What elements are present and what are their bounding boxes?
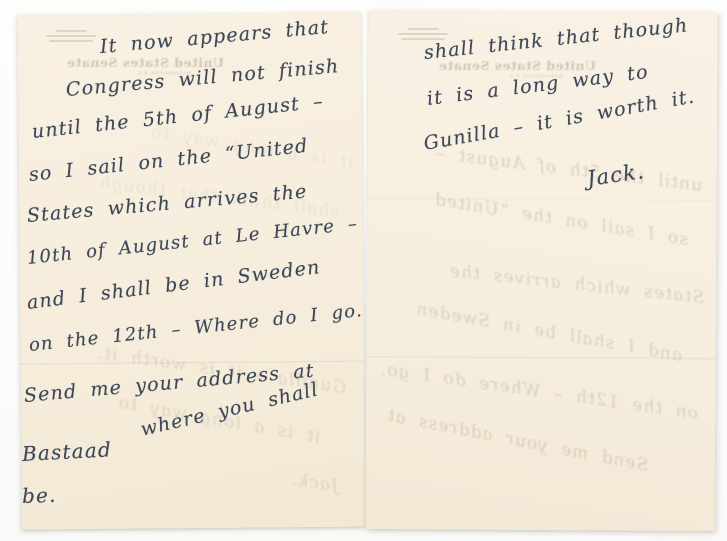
bleedthrough-line: and I shall be in Sweden bbox=[414, 299, 684, 366]
bleedthrough-line: Jack. bbox=[289, 470, 339, 496]
bleedthrough-line: Send me your address at bbox=[385, 405, 650, 475]
ink-bleedthrough-right: until the 5th of August – so I sail on t… bbox=[392, 168, 708, 498]
bleedthrough-line: States which arrives the bbox=[448, 261, 705, 308]
bleedthrough-line: so I sail on the “United bbox=[432, 190, 689, 250]
letterhead-corner-print-left bbox=[46, 30, 96, 45]
letter-photo: United States Senate WASHINGTON, D.C. Un… bbox=[0, 0, 727, 541]
handwritten-line: Bastaad bbox=[21, 437, 112, 466]
handwritten-line: be. bbox=[22, 483, 57, 508]
